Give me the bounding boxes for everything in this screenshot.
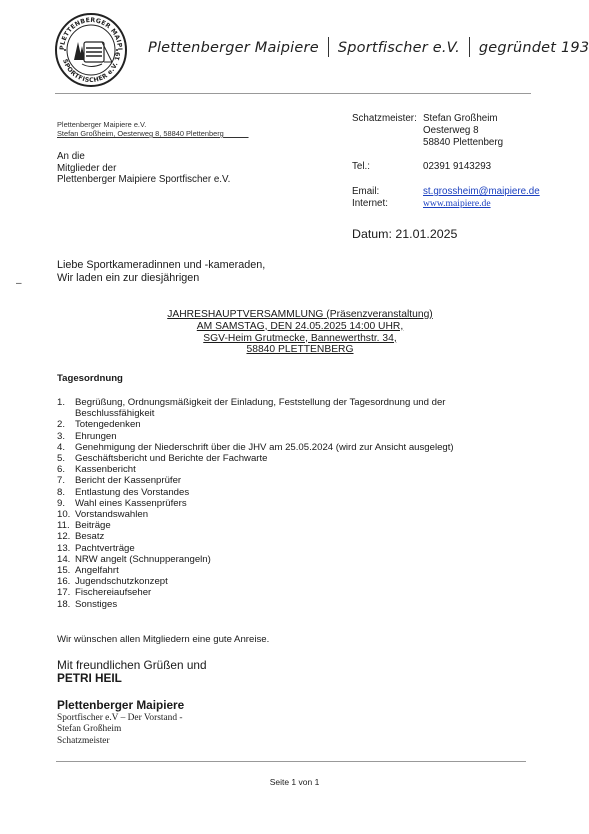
agenda-item-number: 12. bbox=[57, 531, 75, 542]
page-number: Seite 1 von 1 bbox=[0, 777, 589, 787]
agenda-item-text: Genehmigung der Niederschrift über die J… bbox=[75, 442, 454, 453]
agenda-item-text: Wahl eines Kassenprüfers bbox=[75, 498, 187, 509]
org-name: Plettenberger Maipiere bbox=[148, 40, 319, 56]
letter-date: Datum: 21.01.2025 bbox=[352, 227, 457, 241]
agenda-item: 12.Besatz bbox=[57, 531, 497, 542]
contact-city: 58840 Plettenberg bbox=[423, 137, 503, 149]
margin-mark: – bbox=[16, 278, 22, 289]
tel-label: Tel.: bbox=[352, 161, 423, 173]
agenda-item-number: 16. bbox=[57, 576, 75, 587]
agenda-item-number: 4. bbox=[57, 442, 75, 453]
agenda-item-text: Beiträge bbox=[75, 520, 111, 531]
founded: gegründet 1936 bbox=[479, 40, 589, 56]
agenda-item-number: 14. bbox=[57, 554, 75, 565]
agenda-item: 2.Totengedenken bbox=[57, 419, 497, 430]
contact-street: Oesterweg 8 bbox=[423, 125, 479, 137]
closing-wish: Wir wünschen allen Mitgliedern eine gute… bbox=[57, 634, 269, 645]
agenda-item: 1.Begrüßung, Ordnungsmäßigkeit der Einla… bbox=[57, 397, 497, 419]
meeting-title: JAHRESHAUPTVERSAMMLUNG (Präsenzveranstal… bbox=[167, 309, 433, 320]
agenda-item-text: Ehrungen bbox=[75, 431, 117, 442]
agenda-item-number: 5. bbox=[57, 453, 75, 464]
separator bbox=[328, 37, 329, 57]
closing: Mit freundlichen Grüßen und PETRI HEIL bbox=[57, 659, 207, 686]
agenda-item: 13.Pachtverträge bbox=[57, 543, 497, 554]
contact-name: Stefan Großheim bbox=[423, 113, 498, 125]
header-divider bbox=[55, 93, 531, 94]
sender-org: Plettenberger Maipiere e.V. bbox=[57, 120, 248, 129]
footer-divider bbox=[56, 761, 526, 762]
agenda-item-text: Angelfahrt bbox=[75, 565, 119, 576]
signature-role: Schatzmeister bbox=[57, 736, 183, 747]
agenda-item-text: Pachtverträge bbox=[75, 543, 135, 554]
agenda-item-number: 2. bbox=[57, 419, 75, 430]
agenda-item-text: Bericht der Kassenprüfer bbox=[75, 475, 181, 486]
agenda-item: 9.Wahl eines Kassenprüfers bbox=[57, 498, 497, 509]
contact-tel: 02391 9143293 bbox=[423, 161, 491, 173]
contact-block: Schatzmeister:Stefan Großheim Oesterweg … bbox=[352, 113, 540, 210]
agenda-item: 11.Beiträge bbox=[57, 520, 497, 531]
recipient-line: Plettenberger Maipiere Sportfischer e.V. bbox=[57, 174, 230, 186]
agenda-item-text: Totengedenken bbox=[75, 419, 141, 430]
salutation: Liebe Sportkameradinnen und -kameraden, bbox=[57, 259, 265, 272]
agenda-item-number: 9. bbox=[57, 498, 75, 509]
email-link[interactable]: st.grossheim@maipiere.de bbox=[423, 186, 540, 198]
club-type: Sportfischer e.V. bbox=[338, 40, 460, 56]
meeting-heading: JAHRESHAUPTVERSAMMLUNG (Präsenzveranstal… bbox=[110, 309, 490, 356]
agenda-item-number: 11. bbox=[57, 520, 75, 531]
sender-line: Plettenberger Maipiere e.V. Stefan Großh… bbox=[57, 120, 248, 138]
agenda-item-number: 18. bbox=[57, 599, 75, 610]
email-label: Email: bbox=[352, 186, 423, 198]
internet-label: Internet: bbox=[352, 198, 423, 210]
separator bbox=[469, 37, 470, 57]
signature-line: Sportfischer e.V – Der Vorstand - bbox=[57, 713, 183, 724]
greeting: Liebe Sportkameradinnen und -kameraden, … bbox=[57, 259, 265, 285]
signature-block: Sportfischer e.V – Der Vorstand - Stefan… bbox=[57, 713, 183, 747]
petri-heil: PETRI HEIL bbox=[57, 672, 207, 685]
agenda-item-text: NRW angelt (Schnupperangeln) bbox=[75, 554, 211, 565]
agenda-item-text: Vorstandswahlen bbox=[75, 509, 148, 520]
signature-name: Stefan Großheim bbox=[57, 724, 183, 735]
agenda-item-text: Fischereiaufseher bbox=[75, 587, 151, 598]
agenda-item: 16.Jugendschutzkonzept bbox=[57, 576, 497, 587]
agenda-item-number: 17. bbox=[57, 587, 75, 598]
signature-org: Plettenberger Maipiere bbox=[57, 698, 184, 712]
agenda-item: 15.Angelfahrt bbox=[57, 565, 497, 576]
agenda-item: 6.Kassenbericht bbox=[57, 464, 497, 475]
agenda-item-text: Jugendschutzkonzept bbox=[75, 576, 168, 587]
agenda-title: Tagesordnung bbox=[57, 373, 123, 384]
agenda-item-text: Sonstiges bbox=[75, 599, 117, 610]
recipient-line: Mitglieder der bbox=[57, 163, 230, 175]
agenda-item-number: 1. bbox=[57, 397, 75, 419]
agenda-item: 7.Bericht der Kassenprüfer bbox=[57, 475, 497, 486]
agenda-item-text: Geschäftsbericht und Berichte der Fachwa… bbox=[75, 453, 268, 464]
meeting-when: AM SAMSTAG, DEN 24.05.2025 14:00 UHR, bbox=[197, 321, 403, 332]
agenda-item: 17.Fischereiaufseher bbox=[57, 587, 497, 598]
agenda-item: 5.Geschäftsbericht und Berichte der Fach… bbox=[57, 453, 497, 464]
agenda-item-number: 15. bbox=[57, 565, 75, 576]
letterhead-title: Plettenberger MaipiereSportfischer e.V.g… bbox=[148, 38, 589, 58]
recipient-line: An die bbox=[57, 151, 230, 163]
recipient-block: An die Mitglieder der Plettenberger Maip… bbox=[57, 151, 230, 186]
agenda-item: 4.Genehmigung der Niederschrift über die… bbox=[57, 442, 497, 453]
invitation-intro: Wir laden ein zur diesjährigen bbox=[57, 272, 265, 285]
website-link[interactable]: www.maipiere.de bbox=[423, 198, 491, 210]
agenda-item: 10.Vorstandswahlen bbox=[57, 509, 497, 520]
club-seal-icon: PLETTENBERGER MAIPIERE SPORTFISCHER e.V.… bbox=[54, 12, 128, 88]
agenda-item-number: 13. bbox=[57, 543, 75, 554]
agenda-item-text: Entlastung des Vorstandes bbox=[75, 487, 189, 498]
agenda-item-number: 6. bbox=[57, 464, 75, 475]
agenda-item-number: 7. bbox=[57, 475, 75, 486]
agenda-item: 8.Entlastung des Vorstandes bbox=[57, 487, 497, 498]
meeting-city: 58840 PLETTENBERG bbox=[246, 344, 353, 355]
agenda-item-text: Besatz bbox=[75, 531, 104, 542]
meeting-where: SGV-Heim Grutmecke, Bannewerthstr. 34, bbox=[203, 333, 396, 344]
agenda-item: 18.Sonstiges bbox=[57, 599, 497, 610]
agenda-item-number: 3. bbox=[57, 431, 75, 442]
role-label: Schatzmeister: bbox=[352, 113, 423, 125]
agenda-item-text: Kassenbericht bbox=[75, 464, 136, 475]
agenda-item-number: 8. bbox=[57, 487, 75, 498]
agenda-item: 3.Ehrungen bbox=[57, 431, 497, 442]
agenda-item-text: Begrüßung, Ordnungsmäßigkeit der Einladu… bbox=[75, 397, 497, 419]
agenda-item-number: 10. bbox=[57, 509, 75, 520]
sender-address: Stefan Großheim, Oesterweg 8, 58840 Plet… bbox=[57, 129, 248, 138]
agenda-list: 1.Begrüßung, Ordnungsmäßigkeit der Einla… bbox=[57, 397, 497, 610]
club-seal-logo: PLETTENBERGER MAIPIERE SPORTFISCHER e.V.… bbox=[54, 12, 128, 88]
agenda-item: 14.NRW angelt (Schnupperangeln) bbox=[57, 554, 497, 565]
closing-line: Mit freundlichen Grüßen und bbox=[57, 659, 207, 672]
